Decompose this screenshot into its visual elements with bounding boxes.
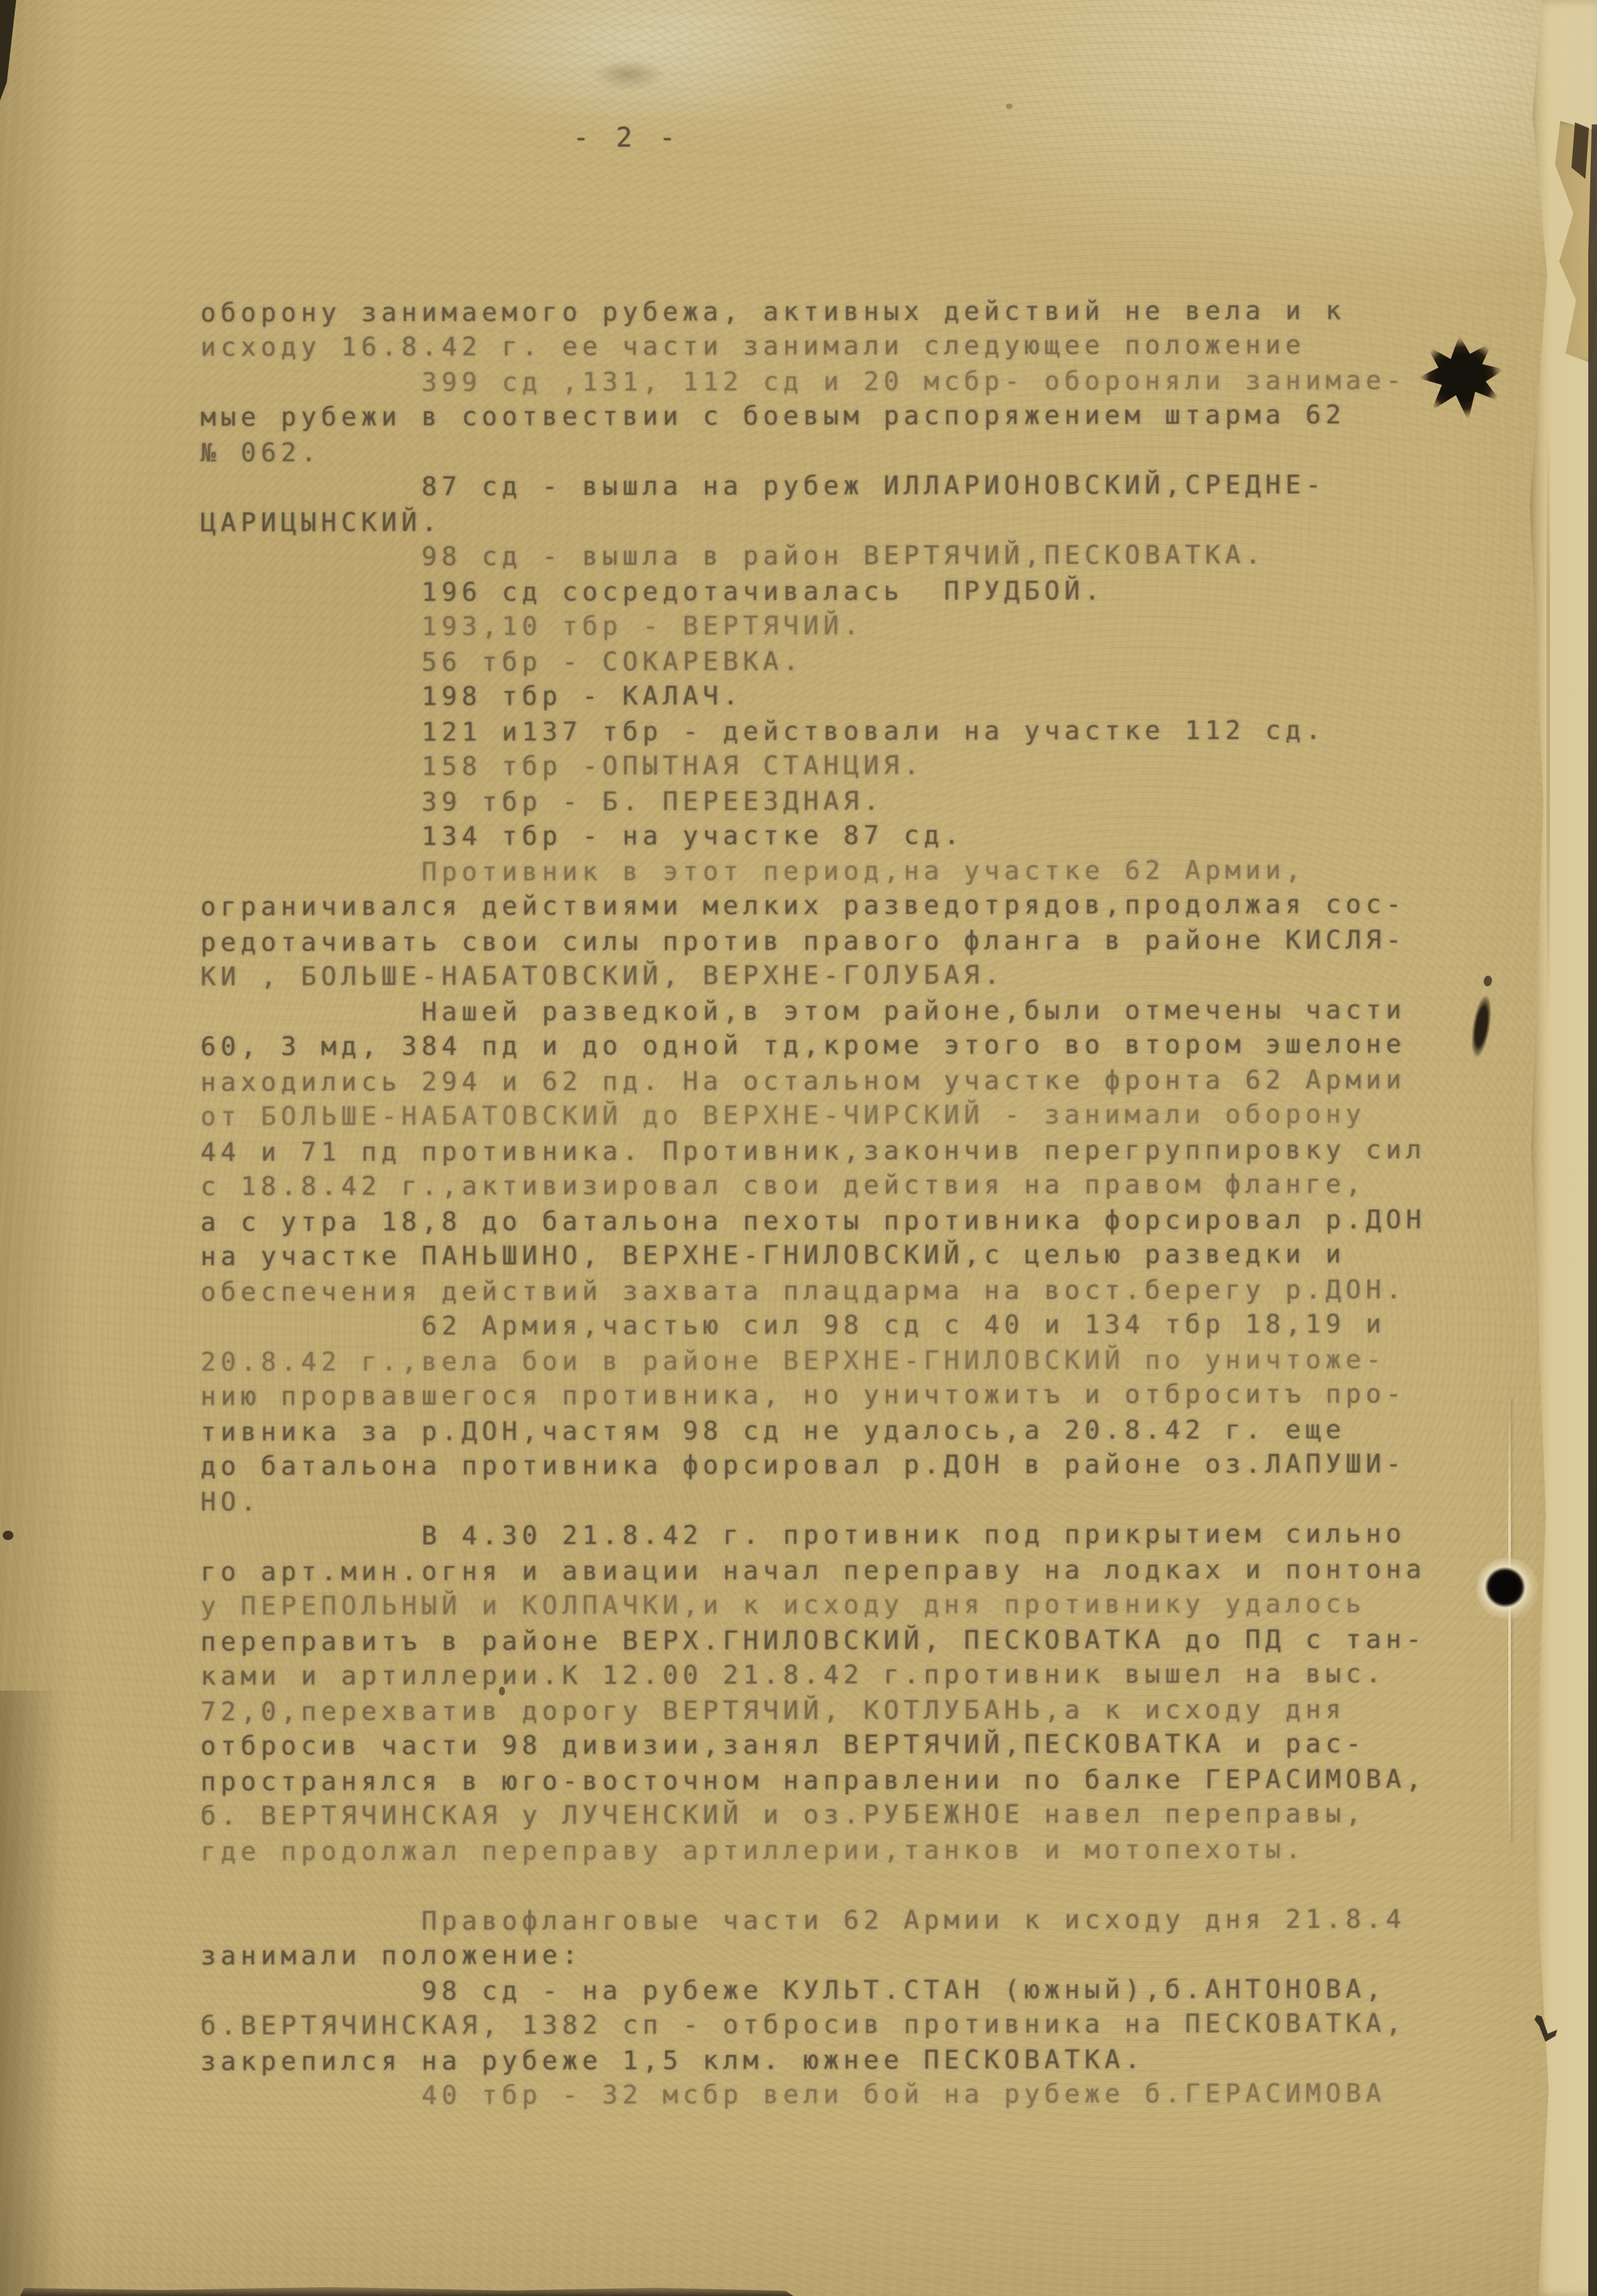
- text-line: НО.: [200, 1482, 1597, 1519]
- text-line: ограничивался действиями мелких разведот…: [200, 886, 1597, 924]
- text-line: КИ , БОЛЬШЕ-НАБАТОВСКИЙ, ВЕРХНЕ-ГОЛУБАЯ.: [200, 956, 1597, 994]
- text-line: где продолжал переправу артиллерии,танко…: [200, 1831, 1597, 1869]
- text-line: 72,0,перехватив дорогу ВЕРТЯЧИЙ, КОТЛУБА…: [200, 1691, 1597, 1729]
- text-line: Нашей разведкой,в этом районе,были отмеч…: [200, 992, 1597, 1030]
- punch-hole: [1477, 1558, 1538, 1619]
- text-line: 399 сд ,131, 112 сд и 20 мсбр- обороняли…: [200, 362, 1597, 400]
- text-line: 20.8.42 г.,вела бои в районе ВЕРХНЕ-ГНИЛ…: [200, 1342, 1597, 1379]
- vertical-crease: [1508, 1399, 1511, 1843]
- text-line: ЦАРИЦЫНСКИЙ.: [200, 502, 1597, 540]
- text-line: а с утра 18,8 до батальона пехоты против…: [200, 1202, 1597, 1239]
- text-line: [200, 1866, 1597, 1903]
- text-line: 60, 3 мд, 384 пд и до одной тд,кроме это…: [200, 1026, 1597, 1064]
- scanned-document-page: - 2 - оборону занимаемого рубежа, активн…: [0, 0, 1597, 2296]
- text-line: редотачивать свои силы против правого фл…: [200, 922, 1597, 960]
- pencil-smudge: [592, 59, 666, 90]
- text-line: на участке ПАНЬШИНО, ВЕРХНЕ-ГНИЛОВСКИЙ,с…: [200, 1236, 1597, 1274]
- text-line: б.ВЕРТЯЧИНСКАЯ, 1382 сп - отбросив проти…: [200, 2005, 1597, 2043]
- text-line: 39 тбр - Б. ПЕРЕЕЗДНАЯ.: [200, 782, 1597, 820]
- vertical-crease-faint: [1547, 417, 1550, 1022]
- text-line: 121 и137 тбр - действовали на участке 11…: [200, 712, 1597, 750]
- dark-corner-top-left: [0, 0, 19, 114]
- text-line: тивника за р.ДОН,частям 98 сд не удалось…: [200, 1412, 1597, 1449]
- text-line: го арт.мин.огня и авиации начал переправ…: [200, 1552, 1597, 1589]
- text-line: 98 сд - вышла в район ВЕРТЯЧИЙ,ПЕСКОВАТК…: [200, 537, 1597, 574]
- text-line: 44 и 71 пд противника. Противник,закончи…: [200, 1132, 1597, 1170]
- text-line: нию прорвавшегося противника, но уничтож…: [200, 1376, 1597, 1414]
- text-line: переправитъ в районе ВЕРХ.ГНИЛОВСКИЙ, ПЕ…: [200, 1621, 1597, 1659]
- text-line: 198 тбр - КАЛАЧ.: [200, 677, 1597, 714]
- text-line: 98 сд - на рубеже КУЛЬТ.СТАН (южный),б.А…: [200, 1971, 1597, 2009]
- text-line: 134 тбр - на участке 87 сд.: [200, 816, 1597, 854]
- text-line: № 062.: [200, 432, 1597, 470]
- text-line: 158 тбр -ОПЫТНАЯ СТАНЦИЯ.: [200, 747, 1597, 784]
- dark-bottom-edge: [20, 2285, 793, 2296]
- text-line: 87 сд - вышла на рубеж ИЛЛАРИОНОВСКИЙ,СР…: [200, 467, 1597, 504]
- text-line: ками и артиллерии.К 12.00 21.8.42 г.прот…: [200, 1656, 1597, 1693]
- text-line: 40 тбр - 32 мсбр вели бой на рубеже б.ГЕ…: [200, 2075, 1597, 2113]
- text-line: до батальона противника форсировал р.ДОН…: [200, 1446, 1597, 1484]
- text-line: оборону занимаемого рубежа, активных дей…: [200, 293, 1597, 330]
- typewritten-text-block: оборону занимаемого рубежа, активных дей…: [200, 292, 1597, 2113]
- text-line: пространялся в юго-восточном направлении…: [200, 1761, 1597, 1799]
- text-line: занимали положение:: [200, 1936, 1597, 1973]
- text-line: отбросив части 98 дивизии,занял ВЕРТЯЧИЙ…: [200, 1726, 1597, 1763]
- bottom-left-shadow: [0, 1691, 61, 2296]
- right-edge-shadow-line: [1588, 124, 1597, 2296]
- text-line: Правофланговые части 62 Армии к исходу д…: [200, 1901, 1597, 1939]
- text-line: находились 294 и 62 пд. На остальном уча…: [200, 1062, 1597, 1100]
- paper-speck: [499, 1687, 505, 1695]
- paper-speck: [3, 1531, 13, 1540]
- text-line: мые рубежи в соотвествии с боевым распор…: [200, 397, 1597, 434]
- text-line: у ПЕРЕПОЛЬНЫЙ и КОЛПАЧКИ,и к исходу дня …: [200, 1586, 1597, 1623]
- text-line: 196 сд сосредотачивалась ПРУДБОЙ.: [200, 572, 1597, 610]
- text-line: с 18.8.42 г.,активизировал свои действия…: [200, 1166, 1597, 1204]
- text-line: обеспечения действий захвата плацдарма н…: [200, 1272, 1597, 1309]
- text-line: от БОЛЬШЕ-НАБАТОВСКИЙ до ВЕРХНЕ-ЧИРСКИЙ …: [200, 1096, 1597, 1134]
- paper-speck: [1006, 104, 1013, 109]
- text-line: Противник в этот период,на участке 62 Ар…: [200, 852, 1597, 890]
- text-line: 56 тбр - СОКАРЕВКА.: [200, 642, 1597, 680]
- text-line: закрепился на рубеже 1,5 клм. южнее ПЕСК…: [200, 2041, 1597, 2079]
- text-line: исходу 16.8.42 г. ее части занимали след…: [200, 327, 1597, 365]
- text-line: 62 Армия,частью сил 98 сд с 40 и 134 тбр…: [200, 1306, 1597, 1344]
- text-line: б. ВЕРТЯЧИНСКАЯ у ЛУЧЕНСКИЙ и оз.РУБЕЖНО…: [200, 1796, 1597, 1833]
- page-number: - 2 -: [573, 122, 680, 153]
- text-line: В 4.30 21.8.42 г. противник под прикрыти…: [200, 1516, 1597, 1554]
- text-line: 193,10 тбр - ВЕРТЯЧИЙ.: [200, 607, 1597, 644]
